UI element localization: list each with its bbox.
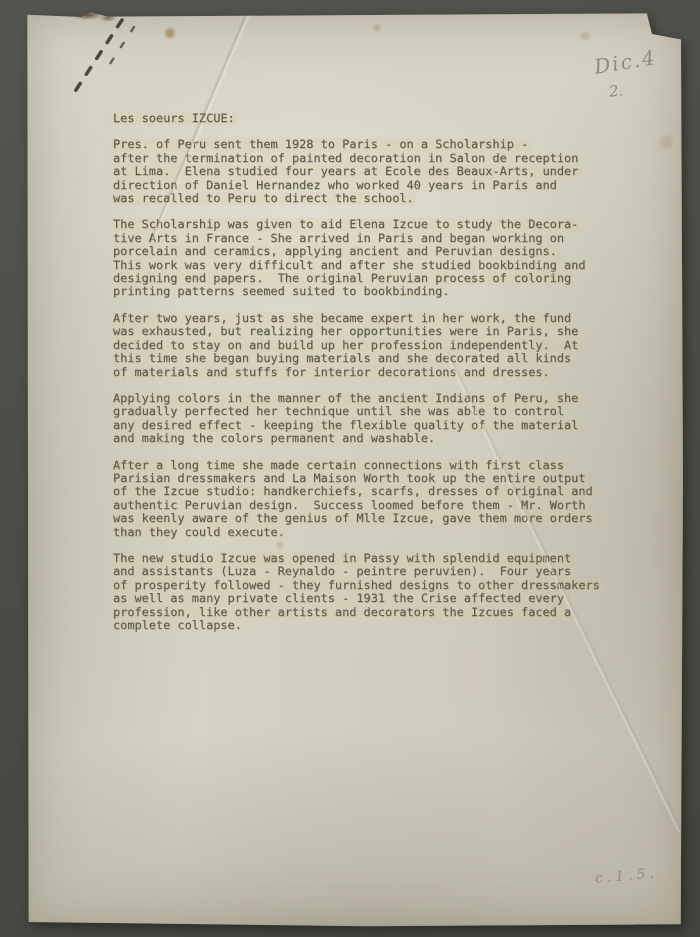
text-line: Applying colors in the manner of the anc… [110, 392, 581, 405]
paper-sheet: Les soeurs IZCUE: Pres. of Peru sent the… [25, 12, 683, 927]
text-line: of materials and stuffs for interior dec… [110, 366, 553, 379]
text-line: this time she began buying materials and… [110, 352, 574, 365]
text-line: and making the colors permanent and wash… [110, 432, 438, 445]
text-line: designing end papers. The original Peruv… [110, 272, 574, 285]
document-body: Pres. of Peru sent them 1928 to Paris - … [113, 138, 625, 632]
handwritten-page-number: 2. [608, 81, 624, 100]
text-line: porcelain and ceramics, applying ancient… [110, 245, 560, 258]
text-line: any desired effect - keeping the flexibl… [110, 419, 581, 432]
paragraph: After two years, just as she became expe… [113, 312, 625, 379]
text-line: was keenly aware of the genius of Mlle I… [110, 512, 596, 525]
text-line: profession, like other artists and decor… [110, 606, 574, 619]
paragraph: The Scholarship was given to aid Elena I… [113, 218, 625, 298]
text-line: The Scholarship was given to aid Elena I… [110, 218, 581, 231]
text-line: and assistants (Luza - Reynaldo - peintr… [110, 565, 574, 578]
text-line: After a long time she made certain conne… [110, 459, 567, 472]
handwritten-date-note: Dic.4 [593, 45, 659, 79]
text-line: than they could execute. [110, 526, 288, 539]
staple-marks [40, 12, 155, 122]
text-line: This work was very difficult and after s… [110, 259, 588, 272]
text-line: direction of Daniel Hernandez who worked… [110, 179, 560, 192]
paragraph: Pres. of Peru sent them 1928 to Paris - … [113, 138, 625, 205]
text-line: gradually perfected her technique until … [110, 405, 567, 418]
text-line: of prosperity followed - they furnished … [110, 579, 603, 592]
text-line: Pres. of Peru sent them 1928 to Paris - … [110, 138, 531, 151]
text-line: at Lima. Elena studied four years at Eco… [110, 165, 581, 178]
paragraph: After a long time she made certain conne… [113, 459, 625, 539]
text-line: decided to stay on and build up her prof… [110, 339, 581, 352]
text-line: was exhausted, but realizing her opportu… [110, 325, 581, 338]
text-line: printing patterns seemed suited to bookb… [110, 285, 452, 298]
paragraph: Applying colors in the manner of the anc… [113, 392, 625, 446]
paragraph: The new studio Izcue was opened in Passy… [113, 552, 625, 632]
text-line: after the termination of painted decorat… [110, 152, 581, 165]
text-line: The new studio Izcue was opened in Passy… [110, 552, 574, 565]
text-line: of the Izcue studio: handkerchiefs, scar… [110, 485, 596, 498]
text-line: Parisian dressmakers and La Maison Worth… [110, 472, 588, 485]
text-line: as well as many private clients - 1931 t… [110, 592, 567, 605]
text-line: complete collapse. [110, 619, 245, 632]
handwritten-catalog-mark: c.1.5. [594, 865, 658, 886]
text-line: tive Arts in France - She arrived in Par… [110, 232, 567, 245]
text-line: was recalled to Peru to direct the schoo… [110, 192, 417, 205]
document-heading: Les soeurs IZCUE: [110, 112, 238, 125]
scan-background: { "colors": { "backdrop": "#4c4c46", "pa… [0, 0, 700, 937]
text-line: authentic Peruvian design. Success loome… [110, 499, 588, 512]
typewritten-text: Les soeurs IZCUE: Pres. of Peru sent the… [113, 112, 625, 645]
document-page: Les soeurs IZCUE: Pres. of Peru sent the… [25, 12, 683, 927]
text-line: After two years, just as she became expe… [110, 312, 574, 325]
